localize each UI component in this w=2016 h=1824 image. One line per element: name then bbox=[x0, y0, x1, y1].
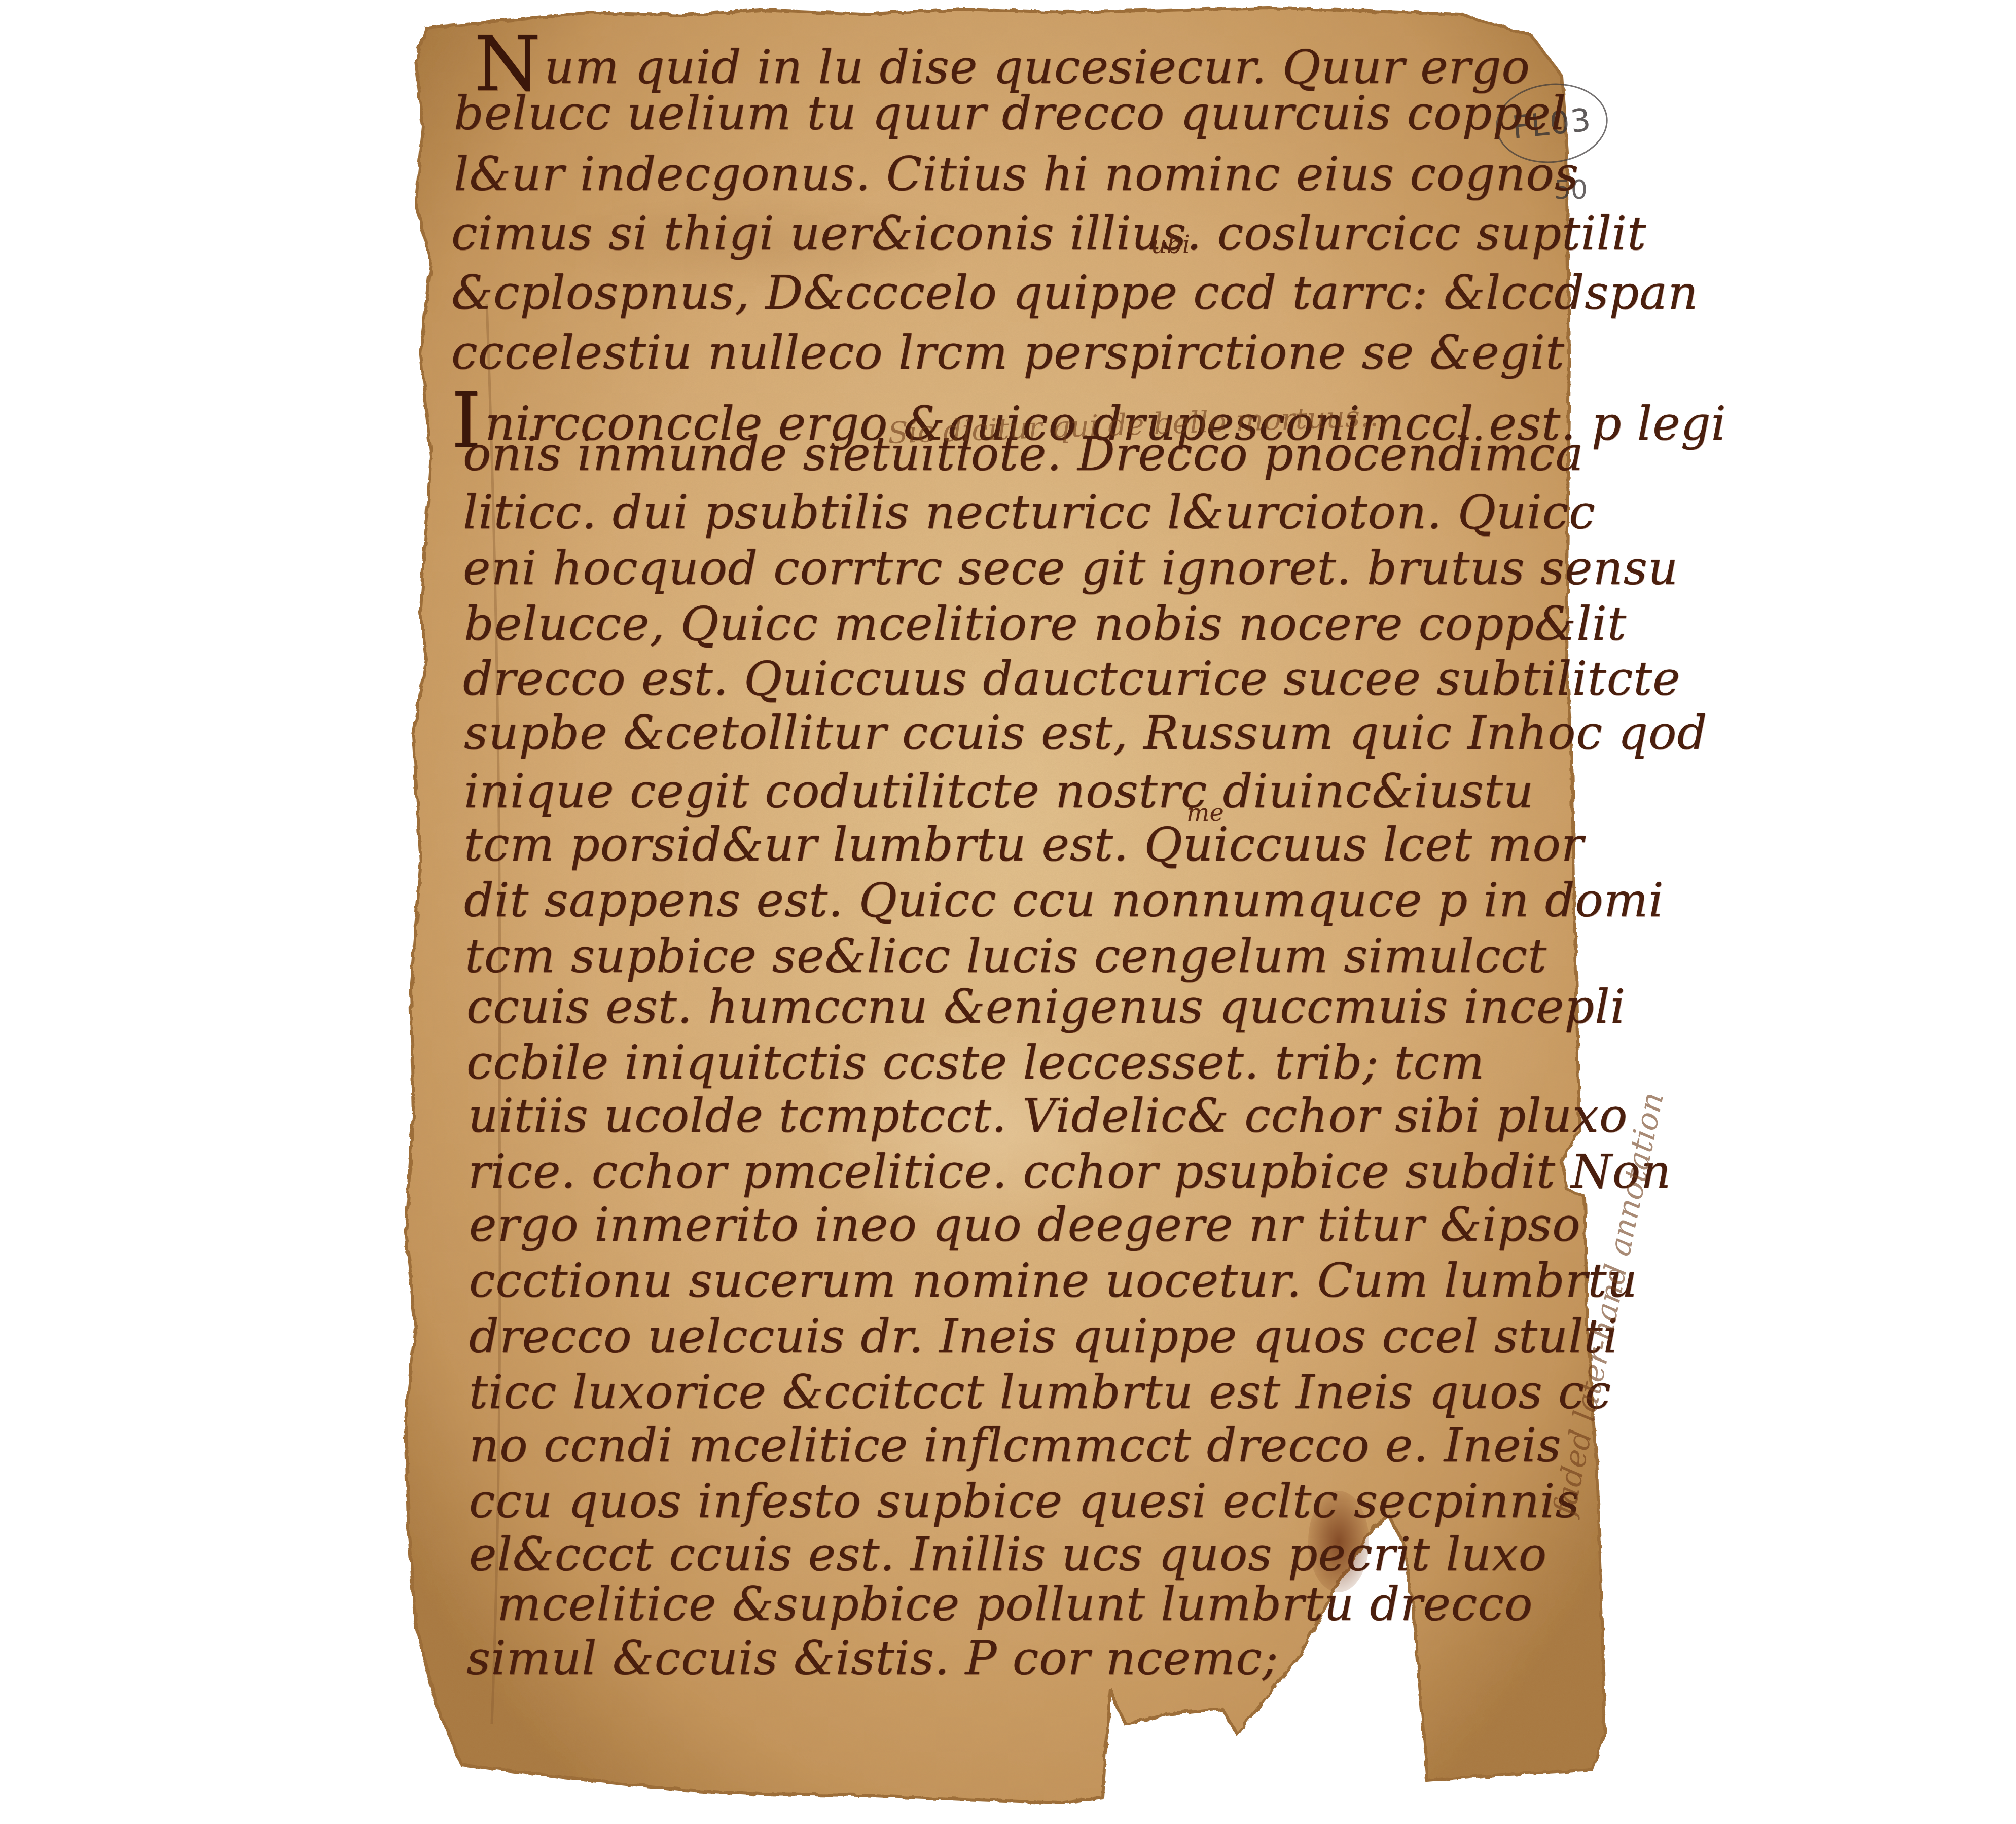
text-line-21: rice. cchor pmcelitice. cchor psupbice s… bbox=[468, 1149, 1671, 1195]
text-line-17: tcm supbice se&licc lucis cengelum simul… bbox=[465, 933, 1547, 980]
text-line-12: drecco est. Quiccuus dauctcurice sucee s… bbox=[463, 656, 1681, 702]
text-line-15: tcm porsid&ur lumbrtu est. Quiccuus lcet… bbox=[464, 821, 1584, 868]
text-line-4: cimus si thigi uer&iconis illius. coslur… bbox=[451, 210, 1646, 257]
text-line-30: simul &ccuis &istis. P cor ncemc; bbox=[466, 1635, 1279, 1682]
text-line-5: &cplospnus, D&cccelo quippe ccd tarrc: &… bbox=[451, 270, 1698, 316]
text-line-27: ccu quos infesto supbice quesi ecltc sec… bbox=[469, 1478, 1580, 1525]
text-line-10: eni hocquod corrtrc sece git ignoret. br… bbox=[463, 545, 1678, 592]
text-line-22: ergo inmerito ineo quo deegere nr titur … bbox=[469, 1202, 1581, 1248]
text-line-3: l&ur indecgonus. Citius hi nominc eius c… bbox=[454, 151, 1579, 198]
manuscript-leaf: FL03 50 Num quid in lu dise qucesiecur. … bbox=[0, 0, 2016, 1824]
text-line-11: belucce, Quicc mcelitiore nobis nocere c… bbox=[464, 601, 1627, 648]
text-line-23: ccctionu sucerum nomine uocetur. Cum lum… bbox=[469, 1258, 1638, 1304]
text-line-25: ticc luxorice &ccitcct lumbrtu est Ineis… bbox=[469, 1369, 1611, 1416]
text-line-2: belucc uelium tu quur drecco quurcuis co… bbox=[454, 90, 1566, 137]
text-line-9: liticc. dui psubtilis necturicc l&urciot… bbox=[463, 489, 1596, 536]
text-line-24: drecco uelccuis dr. Ineis quippe quos cc… bbox=[469, 1313, 1618, 1360]
text-line-26: no ccndi mcelitice inflcmmcct drecco e. … bbox=[469, 1422, 1561, 1469]
text-line-16: dit sappens est. Quicc ccu nonnumquce p … bbox=[464, 877, 1664, 924]
interlinear-gloss: ubi bbox=[1151, 231, 1190, 259]
text-line-13: supbe &cetollitur ccuis est, Russum quic… bbox=[464, 710, 1707, 757]
text-line-18: ccuis est. humccnu &enigenus quccmuis in… bbox=[466, 984, 1626, 1030]
text-line-6: cccelestiu nulleco lrcm perspirctione se… bbox=[451, 330, 1565, 376]
text-line-14: inique cegit codutilitcte nostrc diuinc&… bbox=[464, 768, 1534, 815]
text-line-28: el&ccct ccuis est. Inillis ucs quos pecr… bbox=[469, 1531, 1547, 1578]
text-line-19: ccbile iniquitctis ccste leccesset. trib… bbox=[466, 1040, 1485, 1086]
text-line-29: mcelitice &supbice pollunt lumbrtu drecc… bbox=[497, 1581, 1533, 1628]
interlinear-gloss: me bbox=[1186, 799, 1224, 827]
text-line-20: uitiis ucolde tcmptcct. Videlic& cchor s… bbox=[468, 1093, 1628, 1139]
